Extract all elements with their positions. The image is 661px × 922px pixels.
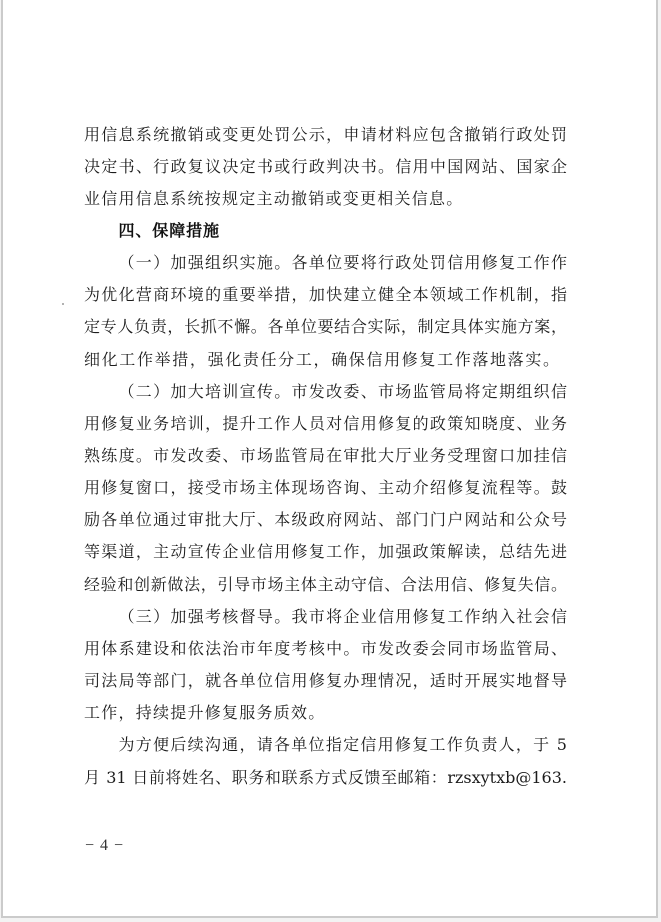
text-line: 定专人负责，长抓不懈。各单位要结合实际，制定具体实施方案， [84,317,567,337]
text-line: 用修复业务培训，提升工作人员对信用修复的政策知晓度、业务 [84,414,567,434]
text-segment: 月 31 日前将姓名、职务和联系方式反馈至邮箱： [84,768,447,787]
measure-lead: （一）加强组织实施。 [119,253,292,272]
text-line: （一）加强组织实施。各单位要将行政处罚信用修复工作作 [119,253,568,273]
scan-speck [62,303,64,305]
text-line: 为优化营商环境的重要举措，加快建立健全本领域工作机制，指 [84,285,567,305]
text-line: （二）加大培训宣传。市发改委、市场监管局将定期组织信 [119,382,568,402]
text-line: 励各单位通过审批大厅、本级政府网站、部门门户网站和公众号 [84,510,567,530]
text-line: 司法局等部门，就各单位信用修复办理情况，适时开展实地督导 [84,671,567,691]
text-line: 月 31 日前将姓名、职务和联系方式反馈至邮箱：rzsxytxb@163. [84,768,567,788]
text-segment: 各单位要将行政处罚信用修复工作作 [292,253,567,272]
text-line: 决定书、行政复议决定书或行政判决书。信用中国网站、国家企 [84,157,567,177]
text-segment: 市发改委、市场监管局将定期组织信 [292,382,567,401]
page-number: − 4 − [85,836,124,856]
text-line: 为方便后续沟通，请各单位指定信用修复工作负责人，于 5 [119,735,568,755]
email-address: rzsxytxb@163. [447,768,567,787]
text-line: 用体系建设和依法治市年度考核中。市发改委会同市场监管局、 [84,639,567,659]
section-heading: 四、保障措施 [119,221,568,241]
document-text: 用信息系统撤销或变更处罚公示，申请材料应包含撤销行政处罚 决定书、行政复议决定书… [0,0,661,922]
text-segment: 我市将企业信用修复工作纳入社会信 [292,607,567,626]
text-line: 工作，持续提升修复服务质效。 [84,703,567,723]
measure-lead: （三）加强考核督导。 [119,607,292,626]
text-line: 用修复窗口，接受市场主体现场咨询、主动介绍修复流程等。鼓 [84,478,567,498]
text-line: 熟练度。市发改委、市场监管局在审批大厅业务受理窗口加挂信 [84,446,567,466]
text-line: 经验和创新做法，引导市场主体主动守信、合法用信、修复失信。 [84,575,567,595]
text-line: 业信用信息系统按规定主动撤销或变更相关信息。 [84,189,567,209]
text-line: 细化工作举措，强化责任分工，确保信用修复工作落地落实。 [84,350,559,370]
text-line: 等渠道，主动宣传企业信用修复工作，加强政策解读，总结先进 [84,542,567,562]
measure-lead: （二）加大培训宣传。 [119,382,292,401]
text-line: 用信息系统撤销或变更处罚公示，申请材料应包含撤销行政处罚 [84,125,567,145]
text-line: （三）加强考核督导。我市将企业信用修复工作纳入社会信 [119,607,568,627]
